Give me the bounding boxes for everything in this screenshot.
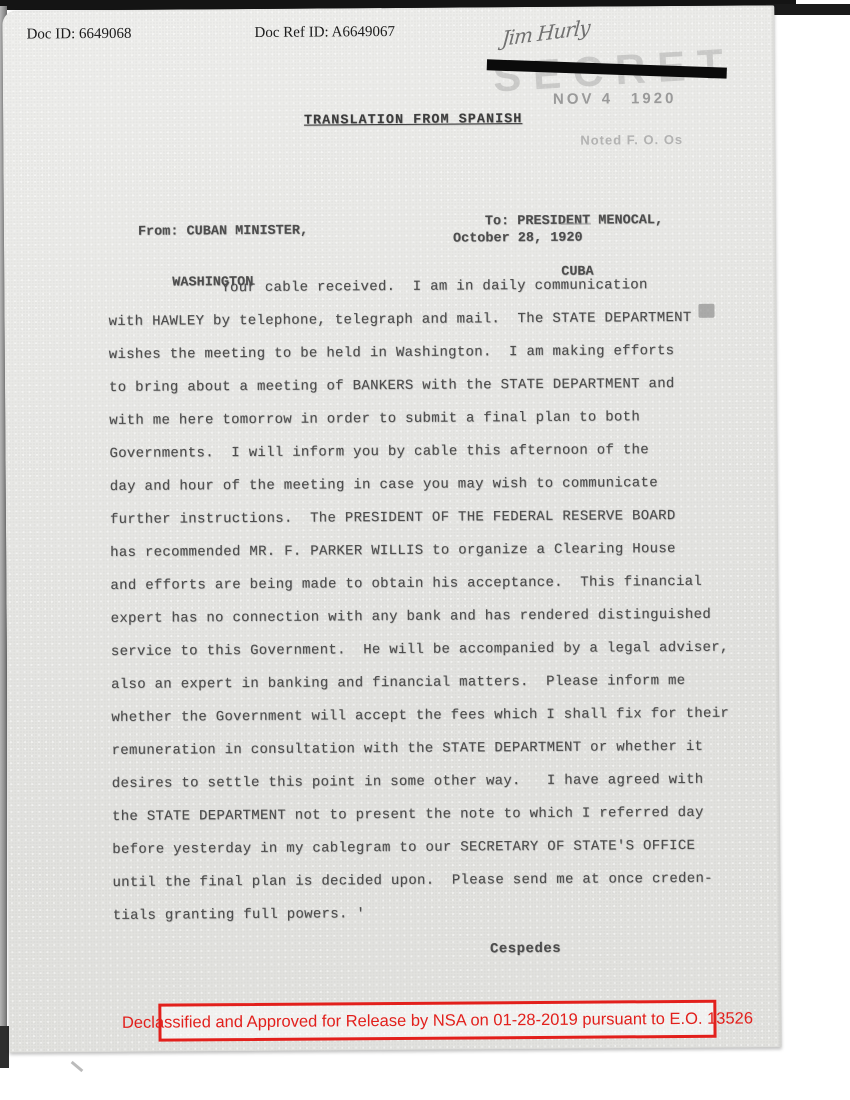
body-line: day and hour of the meeting in case you … — [110, 467, 750, 504]
declassification-banner: Declassified and Approved for Release by… — [158, 1000, 716, 1042]
body-line: until the final plan is decided upon. Pl… — [112, 862, 752, 899]
body-line: with HAWLEY by telephone, telegraph and … — [108, 302, 748, 339]
body-line: wishes the meeting to be held in Washing… — [109, 335, 749, 372]
body-line: the STATE DEPARTMENT not to present the … — [112, 796, 752, 833]
stamp-month-day: NOV 4 — [553, 90, 613, 107]
body-line: further instructions. The PRESIDENT OF T… — [110, 500, 750, 537]
letter-date: October 28, 1920 — [453, 231, 583, 247]
declassification-text: Declassified and Approved for Release by… — [122, 1009, 753, 1032]
body-line: desires to settle this point in some oth… — [112, 763, 752, 800]
body-line: with me here tomorrow in order to submit… — [109, 401, 749, 438]
body-line: also an expert in banking and financial … — [111, 664, 751, 701]
scanned-page-canvas: Doc ID: 6649068 Doc Ref ID: A6649067 Jim… — [0, 0, 850, 1100]
noted-annotation: Noted F. O. Os — [580, 132, 683, 148]
handwritten-signature: Jim Hurly — [501, 15, 591, 51]
body-line: expert has no connection with any bank a… — [111, 598, 751, 635]
to-label: To: PRESIDENT MENOCAL, — [485, 212, 663, 230]
letter-body: Your cable received. I am in daily commu… — [108, 269, 753, 933]
body-line: whether the Government will accept the f… — [111, 697, 751, 734]
ink-smudge — [698, 304, 714, 318]
body-line: to bring about a meeting of BANKERS with… — [109, 368, 749, 405]
received-date-stamp: NOV 41920 — [553, 90, 677, 108]
document-title: TRANSLATION FROM SPANISH — [253, 112, 573, 129]
body-line: and efforts are being made to obtain his… — [110, 565, 750, 602]
body-line: tials granting full powers. ' — [113, 895, 753, 932]
underline-mark — [561, 223, 591, 225]
body-line: has recommended MR. F. PARKER WILLIS to … — [110, 533, 750, 570]
pencil-mark — [71, 1061, 84, 1072]
body-line: service to this Government. He will be a… — [111, 631, 751, 668]
stamp-year: 1920 — [631, 90, 676, 107]
scan-edge-top-right — [766, 4, 850, 15]
body-line: before yesterday in my cablegram to our … — [112, 829, 752, 866]
body-line: Governments. I will inform you by cable … — [109, 434, 749, 471]
signature-name: Cespedes — [490, 941, 561, 957]
document-paper: Doc ID: 6649068 Doc Ref ID: A6649067 Jim… — [2, 5, 781, 1052]
doc-id-label: Doc ID: 6649068 — [26, 26, 131, 44]
body-line: remuneration in consultation with the ST… — [111, 730, 751, 767]
doc-ref-id-label: Doc Ref ID: A6649067 — [254, 24, 395, 42]
scan-edge-left-dark — [0, 1026, 9, 1068]
body-line: Your cable received. I am in daily commu… — [108, 269, 748, 306]
from-label: From: CUBAN MINISTER, — [138, 223, 308, 241]
